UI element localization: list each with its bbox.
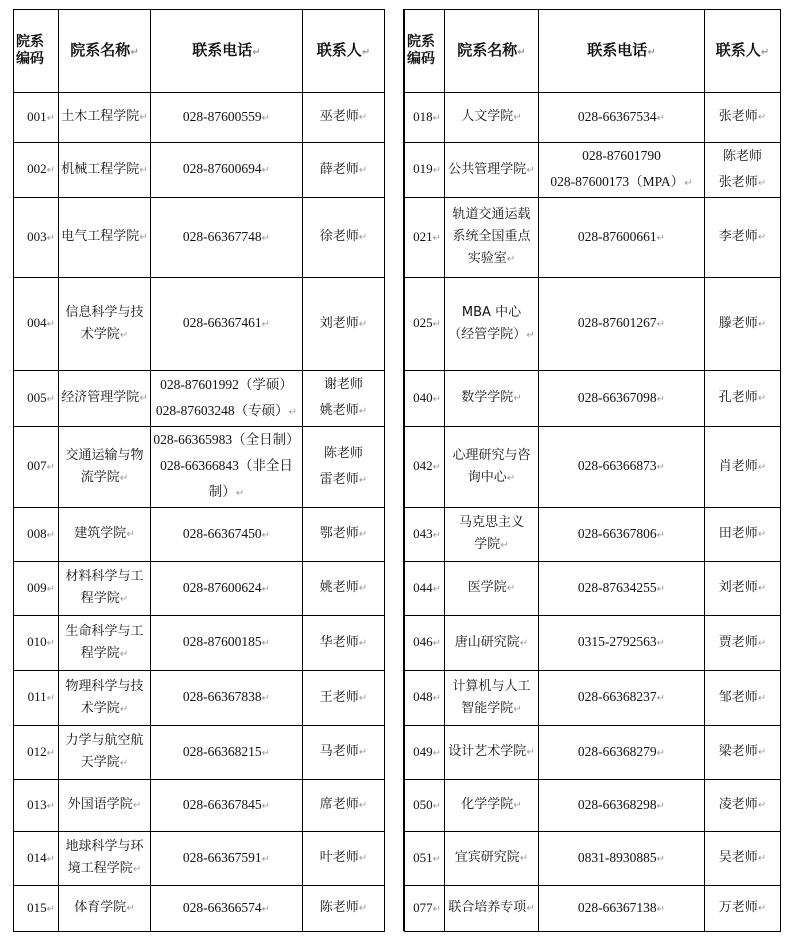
table-row: 019公共管理学院028-87601790028-87600173（MPA）陈老… — [405, 143, 781, 198]
dept-contact: 徐老师 — [303, 198, 385, 278]
dept-contact: 邹老师 — [705, 671, 781, 726]
dept-contact: 贾老师 — [705, 616, 781, 671]
table-row: 011物理科学与技术学院028-66367838王老师 — [14, 671, 385, 726]
dept-contact: 陈老师张老师 — [705, 143, 781, 198]
header-code: 院系编码 — [405, 10, 445, 93]
dept-contact: 张老师 — [705, 93, 781, 143]
dept-code: 015 — [14, 886, 59, 932]
header-phone: 联系电话 — [539, 10, 705, 93]
dept-code: 077 — [405, 886, 445, 932]
header-row: 院系编码 院系名称 联系电话 联系人 — [405, 10, 781, 93]
dept-name: 经济管理学院 — [59, 371, 151, 427]
table-row: 015体育学院028-66366574陈老师 — [14, 886, 385, 932]
dept-code: 019 — [405, 143, 445, 198]
dept-name: 体育学院 — [59, 886, 151, 932]
dept-phone: 028-66368279 — [539, 726, 705, 780]
dept-code: 001 — [14, 93, 59, 143]
table-row: 042心理研究与咨询中心028-66366873肖老师 — [405, 427, 781, 508]
dept-name: 人文学院 — [445, 93, 539, 143]
dept-name: 建筑学院 — [59, 508, 151, 562]
dept-phone: 028-87634255 — [539, 562, 705, 616]
dept-phone: 028-87601267 — [539, 278, 705, 371]
dept-phone: 028-66368237 — [539, 671, 705, 726]
dept-phone: 0831-8930885 — [539, 832, 705, 886]
dept-code: 021 — [405, 198, 445, 278]
dept-code: 007 — [14, 427, 59, 508]
dept-phone: 028-87600185 — [151, 616, 303, 671]
dept-name: 材料科学与工程学院 — [59, 562, 151, 616]
table-row: 018人文学院028-66367534张老师 — [405, 93, 781, 143]
table-row: 046唐山研究院0315-2792563贾老师 — [405, 616, 781, 671]
dept-phone: 028-66366574 — [151, 886, 303, 932]
dept-code: 002 — [14, 143, 59, 198]
dept-contact: 薛老师 — [303, 143, 385, 198]
dept-contact: 姚老师 — [303, 562, 385, 616]
table-row: 001土木工程学院028-87600559巫老师 — [14, 93, 385, 143]
dept-name: 外国语学院 — [59, 780, 151, 832]
dept-phone: 028-66367461 — [151, 278, 303, 371]
table-row: 008建筑学院028-66367450鄂老师 — [14, 508, 385, 562]
dept-contact: 万老师 — [705, 886, 781, 932]
dept-name: 数学学院 — [445, 371, 539, 427]
dept-code: 012 — [14, 726, 59, 780]
dept-name: 信息科学与技术学院 — [59, 278, 151, 371]
dept-contact: 肖老师 — [705, 427, 781, 508]
header-contact: 联系人 — [705, 10, 781, 93]
dept-phone: 0315-2792563 — [539, 616, 705, 671]
table-row: 004信息科学与技术学院028-66367461刘老师 — [14, 278, 385, 371]
table-row: 048计算机与人工智能学院028-66368237邹老师 — [405, 671, 781, 726]
dept-code: 050 — [405, 780, 445, 832]
header-code: 院系编码 — [14, 10, 59, 93]
dept-contact: 马老师 — [303, 726, 385, 780]
dept-code: 044 — [405, 562, 445, 616]
dept-phone: 028-66367534 — [539, 93, 705, 143]
dept-name: 公共管理学院 — [445, 143, 539, 198]
dept-name: 电气工程学院 — [59, 198, 151, 278]
dept-contact: 陈老师雷老师 — [303, 427, 385, 508]
dept-name: 宜宾研究院 — [445, 832, 539, 886]
dept-code: 004 — [14, 278, 59, 371]
dept-contact: 王老师 — [303, 671, 385, 726]
dept-contact: 梁老师 — [705, 726, 781, 780]
dept-contact: 李老师 — [705, 198, 781, 278]
dept-code: 025 — [405, 278, 445, 371]
dept-contact: 田老师 — [705, 508, 781, 562]
dept-name: 心理研究与咨询中心 — [445, 427, 539, 508]
dept-name: 唐山研究院 — [445, 616, 539, 671]
dept-name: 化学学院 — [445, 780, 539, 832]
dept-contact: 吴老师 — [705, 832, 781, 886]
table-row: 010生命科学与工程学院028-87600185华老师 — [14, 616, 385, 671]
dept-name: 马克思主义学院 — [445, 508, 539, 562]
dept-code: 046 — [405, 616, 445, 671]
dept-phone: 028-87601992（学硕）028-87603248（专硕） — [151, 371, 303, 427]
header-contact: 联系人 — [303, 10, 385, 93]
table-row: 040数学学院028-66367098孔老师 — [405, 371, 781, 427]
table-row: 014地球科学与环境工程学院028-66367591叶老师 — [14, 832, 385, 886]
dept-phone: 028-66365983（全日制）028-66366843（非全日制） — [151, 427, 303, 508]
left-table-body: 001土木工程学院028-87600559巫老师002机械工程学院028-876… — [14, 93, 385, 932]
dept-phone: 028-87600694 — [151, 143, 303, 198]
header-phone: 联系电话 — [151, 10, 303, 93]
dept-phone: 028-66367138 — [539, 886, 705, 932]
table-row: 012力学与航空航天学院028-66368215马老师 — [14, 726, 385, 780]
table-row: 049设计艺术学院028-66368279梁老师 — [405, 726, 781, 780]
dept-phone: 028-87601790028-87600173（MPA） — [539, 143, 705, 198]
dept-contact: 席老师 — [303, 780, 385, 832]
table-row: 050化学学院028-66368298凌老师 — [405, 780, 781, 832]
table-row: 009材料科学与工程学院028-87600624姚老师 — [14, 562, 385, 616]
dept-phone: 028-87600559 — [151, 93, 303, 143]
table-row: 005经济管理学院028-87601992（学硕）028-87603248（专硕… — [14, 371, 385, 427]
dept-code: 013 — [14, 780, 59, 832]
dept-contact: 巫老师 — [303, 93, 385, 143]
table-row: 077联合培养专项028-66367138万老师 — [405, 886, 781, 932]
dept-phone: 028-87600661 — [539, 198, 705, 278]
header-name: 院系名称 — [59, 10, 151, 93]
dept-contact: 叶老师 — [303, 832, 385, 886]
dept-code: 008 — [14, 508, 59, 562]
dept-phone: 028-87600624 — [151, 562, 303, 616]
table-row: 025MBA 中心（经管学院）028-87601267滕老师 — [405, 278, 781, 371]
table-gap-column — [384, 9, 404, 931]
dept-code: 018 — [405, 93, 445, 143]
dept-contact: 华老师 — [303, 616, 385, 671]
dept-code: 003 — [14, 198, 59, 278]
dept-phone: 028-66367806 — [539, 508, 705, 562]
dept-phone: 028-66367748 — [151, 198, 303, 278]
dept-phone: 028-66367838 — [151, 671, 303, 726]
dept-contact: 凌老师 — [705, 780, 781, 832]
table-row: 051宜宾研究院0831-8930885吴老师 — [405, 832, 781, 886]
dept-name: 力学与航空航天学院 — [59, 726, 151, 780]
dept-code: 011 — [14, 671, 59, 726]
contact-table-right: 院系编码 院系名称 联系电话 联系人 018人文学院028-66367534张老… — [404, 9, 781, 932]
dept-code: 051 — [405, 832, 445, 886]
dept-name: 计算机与人工智能学院 — [445, 671, 539, 726]
table-row: 003电气工程学院028-66367748徐老师 — [14, 198, 385, 278]
dept-name: 轨道交通运载系统全国重点实验室 — [445, 198, 539, 278]
table-row: 044医学院028-87634255刘老师 — [405, 562, 781, 616]
dept-contact: 刘老师 — [303, 278, 385, 371]
dept-name: 医学院 — [445, 562, 539, 616]
dept-code: 005 — [14, 371, 59, 427]
dept-contact: 刘老师 — [705, 562, 781, 616]
dept-name: 交通运输与物流学院 — [59, 427, 151, 508]
contact-table-left: 院系编码 院系名称 联系电话 联系人 001土木工程学院028-87600559… — [13, 9, 385, 932]
dept-phone: 028-66366873 — [539, 427, 705, 508]
dept-phone: 028-66368215 — [151, 726, 303, 780]
dept-code: 009 — [14, 562, 59, 616]
table-row: 013外国语学院028-66367845席老师 — [14, 780, 385, 832]
dept-name: 生命科学与工程学院 — [59, 616, 151, 671]
dept-phone: 028-66368298 — [539, 780, 705, 832]
dept-contact: 孔老师 — [705, 371, 781, 427]
dept-phone: 028-66367098 — [539, 371, 705, 427]
header-row: 院系编码 院系名称 联系电话 联系人 — [14, 10, 385, 93]
dept-phone: 028-66367845 — [151, 780, 303, 832]
dept-code: 014 — [14, 832, 59, 886]
dept-contact: 鄂老师 — [303, 508, 385, 562]
dept-name: 机械工程学院 — [59, 143, 151, 198]
dept-contact: 谢老师姚老师 — [303, 371, 385, 427]
table-row: 007交通运输与物流学院028-66365983（全日制）028-6636684… — [14, 427, 385, 508]
dept-contact: 陈老师 — [303, 886, 385, 932]
dept-phone: 028-66367591 — [151, 832, 303, 886]
dept-name: 设计艺术学院 — [445, 726, 539, 780]
dept-code: 010 — [14, 616, 59, 671]
table-row: 043马克思主义学院028-66367806田老师 — [405, 508, 781, 562]
dept-name: 地球科学与环境工程学院 — [59, 832, 151, 886]
dept-name: MBA 中心（经管学院） — [445, 278, 539, 371]
right-table-body: 018人文学院028-66367534张老师019公共管理学院028-87601… — [405, 93, 781, 932]
dept-name: 物理科学与技术学院 — [59, 671, 151, 726]
header-name: 院系名称 — [445, 10, 539, 93]
table-row: 021轨道交通运载系统全国重点实验室028-87600661李老师 — [405, 198, 781, 278]
dept-name: 联合培养专项 — [445, 886, 539, 932]
table-row: 002机械工程学院028-87600694薛老师 — [14, 143, 385, 198]
dept-code: 049 — [405, 726, 445, 780]
dept-name: 土木工程学院 — [59, 93, 151, 143]
dept-code: 040 — [405, 371, 445, 427]
dept-phone: 028-66367450 — [151, 508, 303, 562]
dept-code: 042 — [405, 427, 445, 508]
dept-code: 043 — [405, 508, 445, 562]
dept-code: 048 — [405, 671, 445, 726]
dept-contact: 滕老师 — [705, 278, 781, 371]
